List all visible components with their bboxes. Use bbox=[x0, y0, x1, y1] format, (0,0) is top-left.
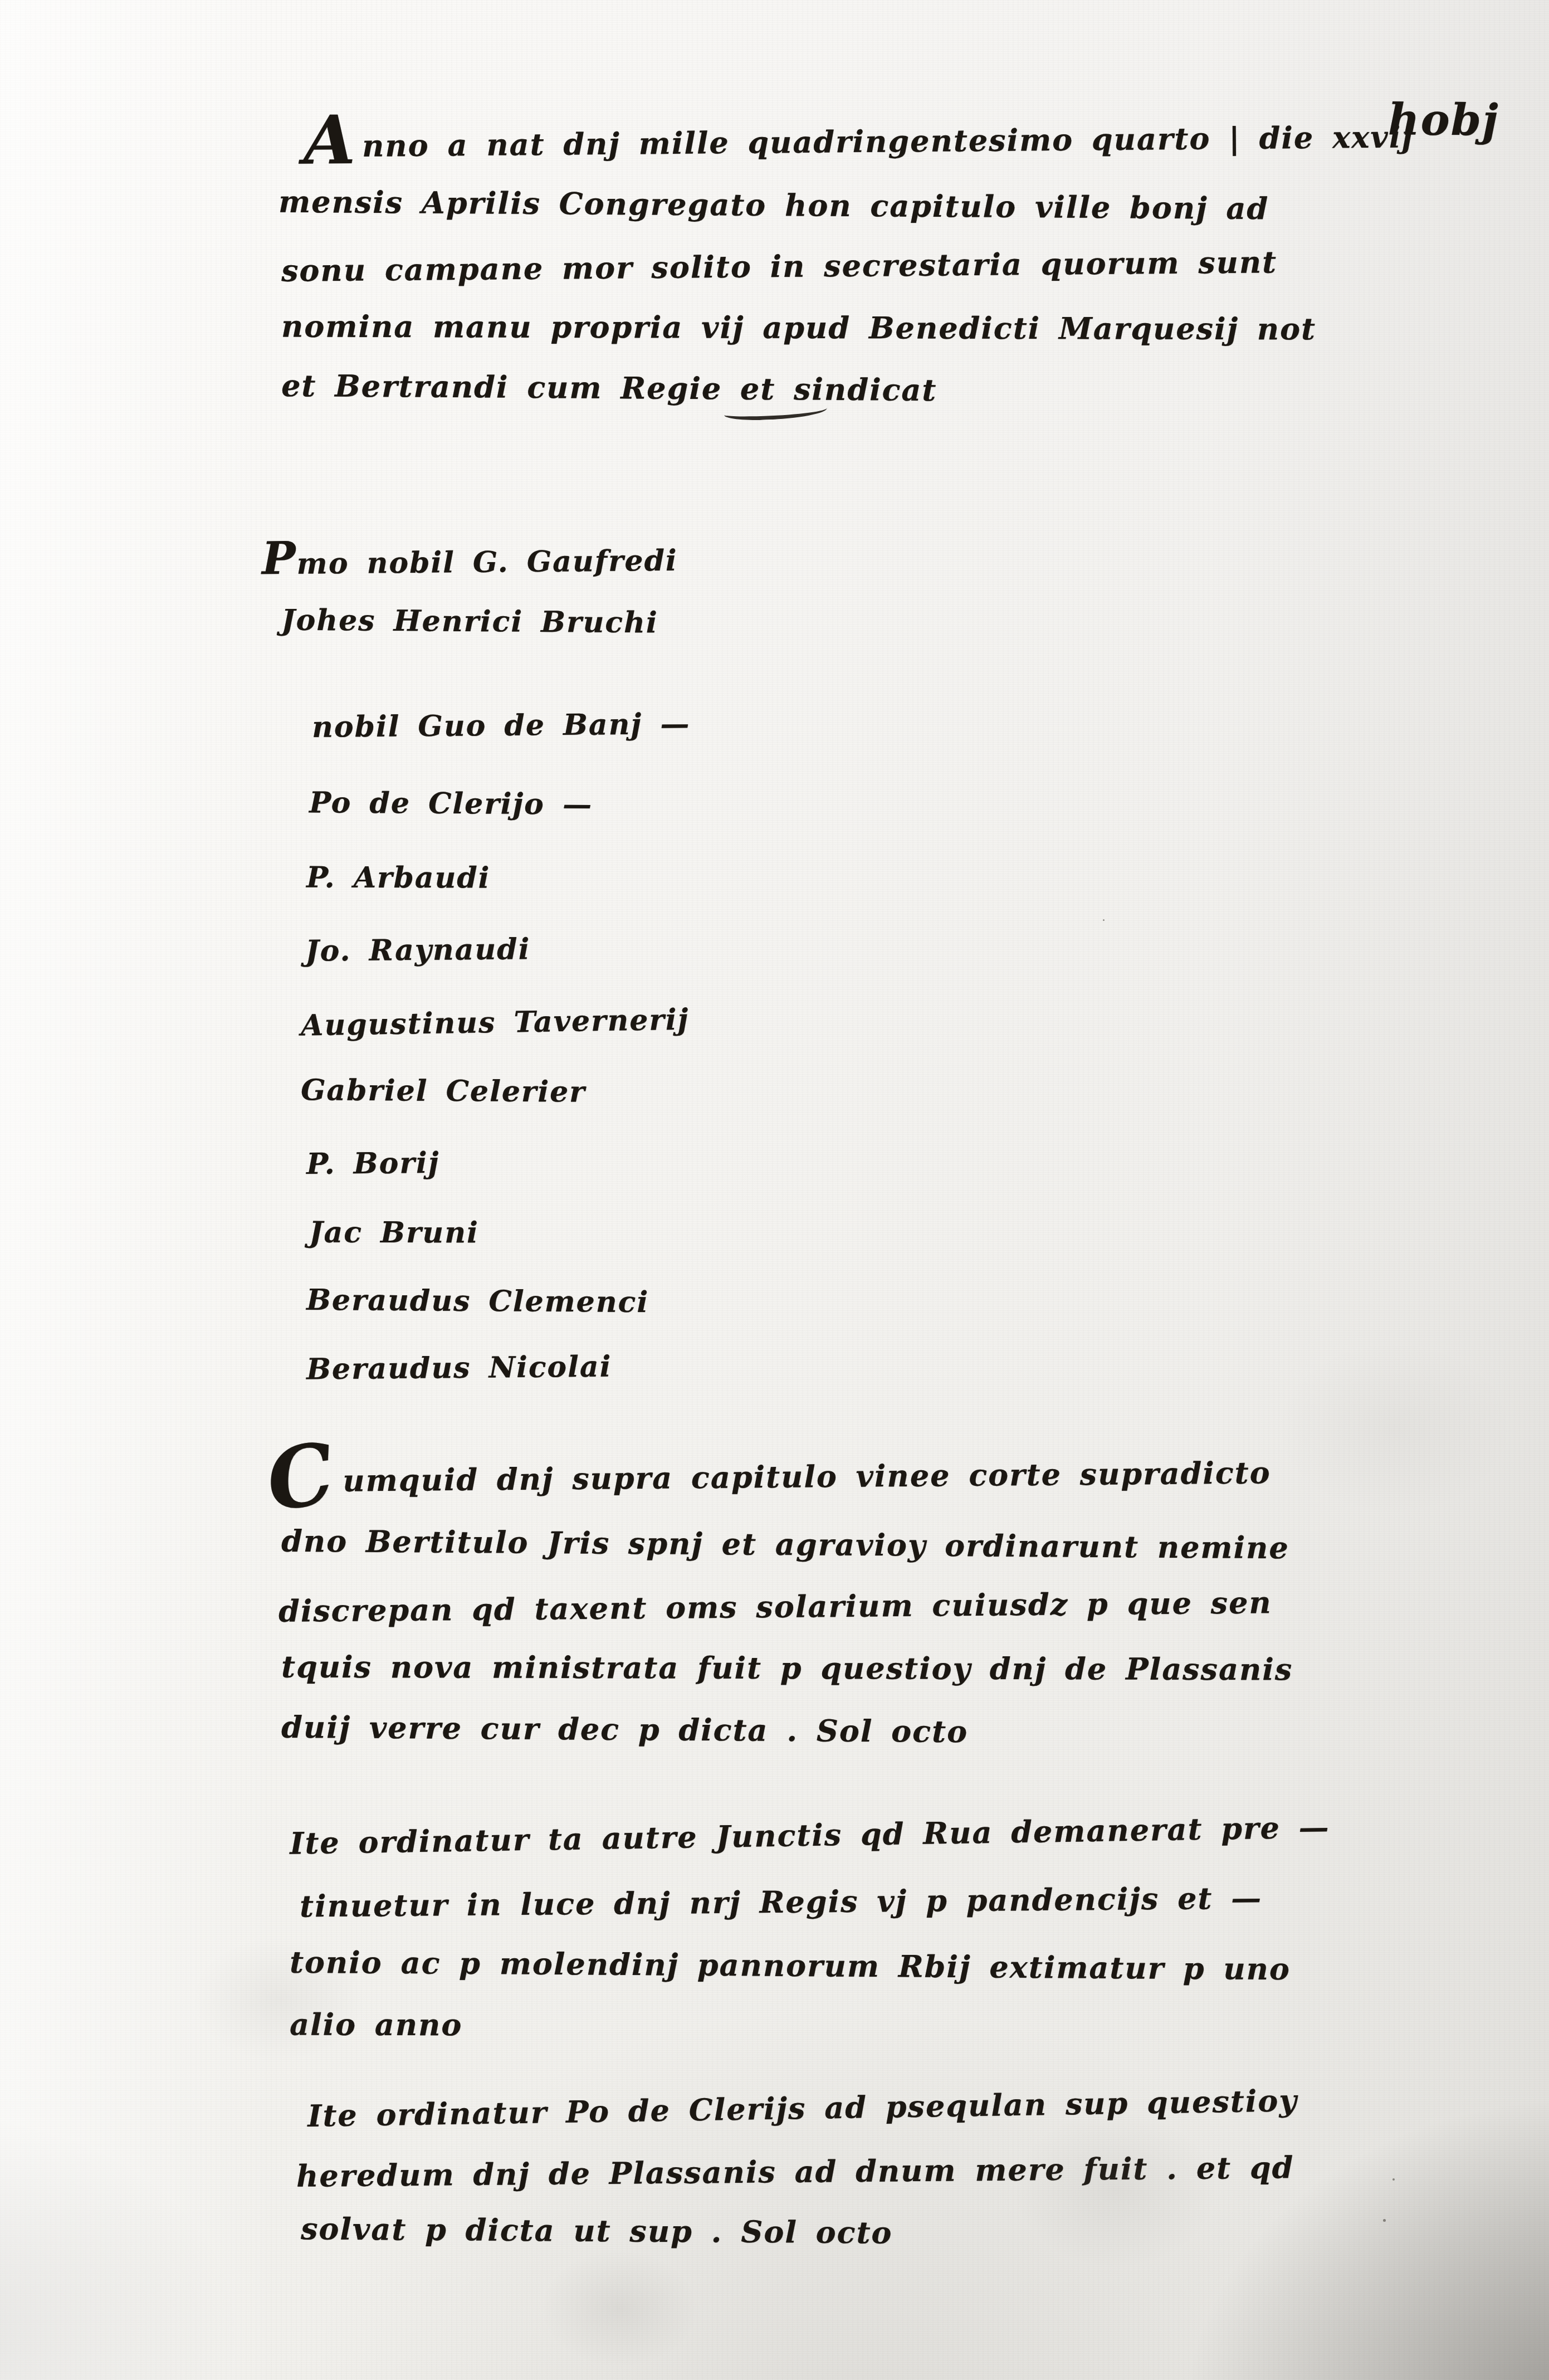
act-line: alio anno bbox=[290, 2007, 463, 2043]
flourish-underline bbox=[724, 402, 828, 421]
opening-line: mensis Aprilis Congregato hon capitulo v… bbox=[278, 184, 1269, 226]
act-line: heredum dnj de Plassanis ad dnum mere fu… bbox=[296, 2149, 1294, 2194]
act-line-text: umquid dnj supra capitulo vinee corte su… bbox=[343, 1455, 1271, 1499]
opening-line: sonu campane mor solito in secrestaria q… bbox=[281, 244, 1278, 289]
paper-speck bbox=[1392, 2178, 1395, 2181]
act-line: Ite ordinatur ta autre Junctis qd Rua de… bbox=[290, 1809, 1330, 1861]
drop-cap-a: A bbox=[304, 140, 356, 141]
attendee-name: nobil Guo de Banj — bbox=[312, 707, 691, 744]
act-line: Ite ordinatur Po de Clerijs ad psequlan … bbox=[307, 2082, 1298, 2134]
attendee-name: Beraudus Nicolai bbox=[306, 1350, 612, 1387]
act-line: duij verre cur dec p dicta . Sol octo bbox=[281, 1709, 968, 1750]
attendee-name: Jo. Raynaudi bbox=[305, 932, 531, 968]
opening-line-text: nno a nat dnj mille quadringentesimo qua… bbox=[362, 119, 1414, 163]
act-line: tquis nova ministrata fuit p questioy dn… bbox=[281, 1649, 1293, 1688]
opening-line: Anno a nat dnj mille quadringentesimo qu… bbox=[304, 119, 1414, 164]
act-line: dno Bertitulo Jris spnj et agravioy ordi… bbox=[281, 1523, 1289, 1566]
opening-line: nomina manu propria vij apud Benedicti M… bbox=[281, 309, 1316, 347]
attendee-name: Gabriel Celerier bbox=[301, 1073, 586, 1109]
act-line: solvat p dicta ut sup . Sol octo bbox=[301, 2211, 893, 2250]
manuscript-page: hobj Anno a nat dnj mille quadringentesi… bbox=[0, 0, 1549, 2380]
opening-line: et Bertrandi cum Regie et sindicat bbox=[281, 368, 937, 408]
attendee-name: P. Arbaudi bbox=[306, 861, 491, 895]
attendee-name: Jac Bruni bbox=[309, 1216, 479, 1250]
attendee-name: Pmo nobil G. Gaufredi bbox=[262, 529, 678, 586]
paper-speck bbox=[1103, 919, 1105, 921]
attendee-name: Beraudus Clemenci bbox=[306, 1283, 649, 1319]
attendee-name: P. Borij bbox=[306, 1146, 440, 1181]
attendee-name: Augustinus Tavernerij bbox=[301, 1003, 690, 1043]
act-line: tonio ac p molendinj pannorum Rbij extim… bbox=[290, 1944, 1291, 1987]
drop-cap-c: C bbox=[268, 1472, 335, 1482]
attendee-name: Johes Henrici Bruchi bbox=[281, 603, 658, 640]
act-line: tinuetur in luce dnj nrj Regis vj p pand… bbox=[300, 1880, 1263, 1924]
attendee-name: Po de Clerijo — bbox=[309, 786, 593, 822]
paper-speck bbox=[1383, 2219, 1386, 2222]
act-line: Cumquid dnj supra capitulo vinee corte s… bbox=[267, 1454, 1271, 1499]
act-line: discrepan qd taxent oms solarium cuiusdz… bbox=[278, 1584, 1272, 1629]
